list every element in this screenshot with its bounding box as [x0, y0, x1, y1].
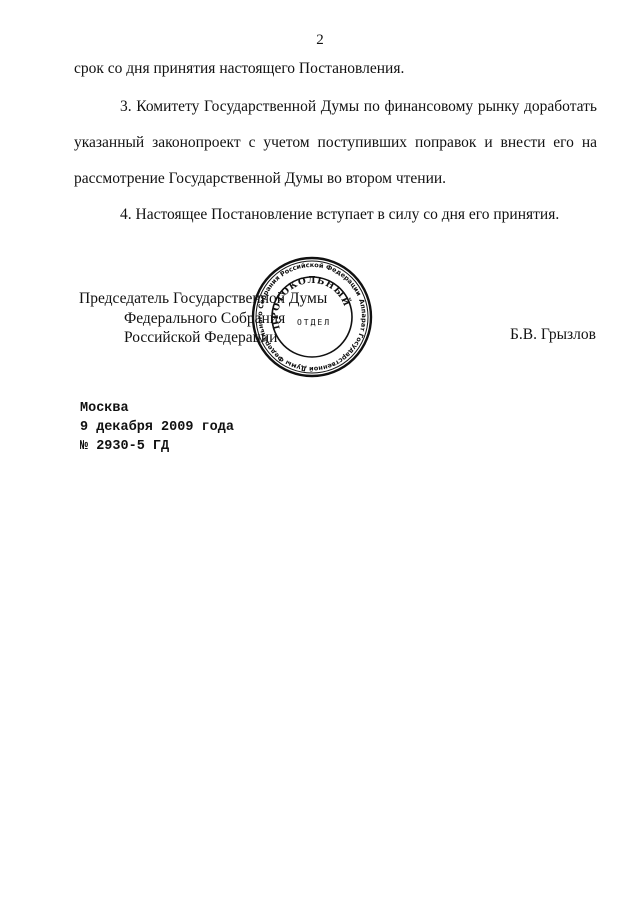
signing-date: 9 декабря 2009 года	[80, 420, 234, 435]
page-number: 2	[0, 32, 640, 49]
stamp-center-text: ОТДЕЛ	[297, 318, 331, 327]
stamp-outer-text: Аппарат Государственной Думы Федеральног…	[250, 255, 374, 379]
body-line-4: рассмотрение Государственной Думы во вто…	[74, 170, 446, 188]
body-line-1: срок со дня принятия настоящего Постанов…	[74, 60, 404, 78]
body-line-2-item-3: 3. Комитету Государственной Думы по фина…	[120, 98, 597, 116]
body-line-5-item-4: 4. Настоящее Постановление вступает в си…	[120, 206, 559, 224]
body-line-3: указанный законопроект с учетом поступив…	[74, 134, 597, 152]
svg-text:Аппарат Государственной Думы Ф: Аппарат Государственной Думы Федеральног…	[250, 255, 374, 379]
document-number: № 2930-5 ГД	[80, 439, 169, 454]
official-seal-stamp-icon: Аппарат Государственной Думы Федеральног…	[250, 255, 374, 379]
signer-name: Б.В. Грызлов	[510, 326, 596, 344]
place-of-signing: Москва	[80, 401, 129, 416]
